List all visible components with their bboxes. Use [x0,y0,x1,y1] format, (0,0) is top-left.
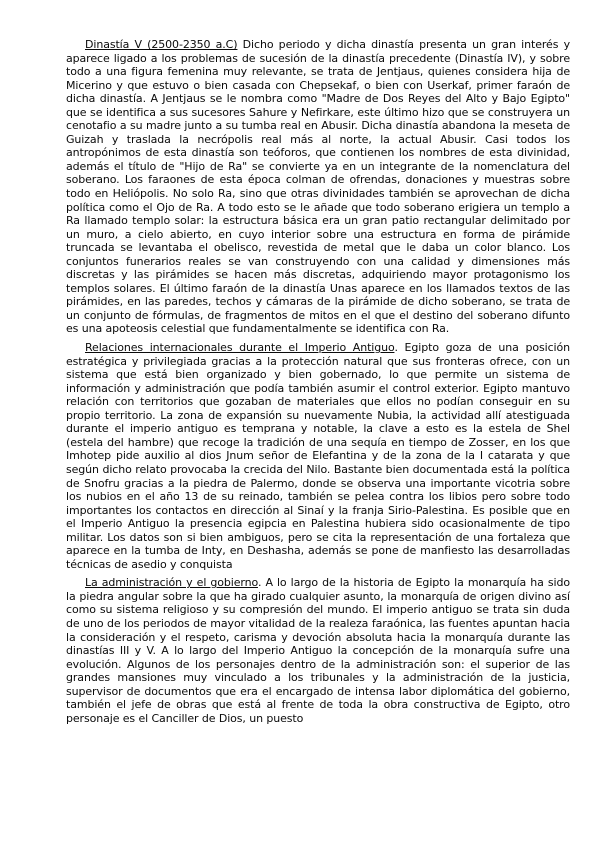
section-heading-dinastia-v: Dinastía V (2500-2350 a.C) [85,38,237,51]
paragraph-text: . A lo largo de la historia de Egipto la… [66,576,570,724]
paragraph-dinastia-v: Dinastía V (2500-2350 a.C) Dicho periodo… [66,38,570,336]
document-text-block: Dinastía V (2500-2350 a.C) Dicho periodo… [66,38,570,730]
paragraph-relaciones-internacionales: Relaciones internacionales durante el Im… [66,341,570,571]
section-heading-administracion-gobierno: La administración y el gobierno [85,576,258,589]
section-heading-relaciones-internacionales: Relaciones internacionales durante el Im… [85,341,394,354]
paragraph-administracion-gobierno: La administración y el gobierno. A lo la… [66,576,570,725]
paragraph-text: Dicho periodo y dicha dinastía presenta … [66,38,570,335]
document-page: Dinastía V (2500-2350 a.C) Dicho periodo… [0,0,599,848]
paragraph-text: . Egipto goza de una posición estratégic… [66,341,570,571]
